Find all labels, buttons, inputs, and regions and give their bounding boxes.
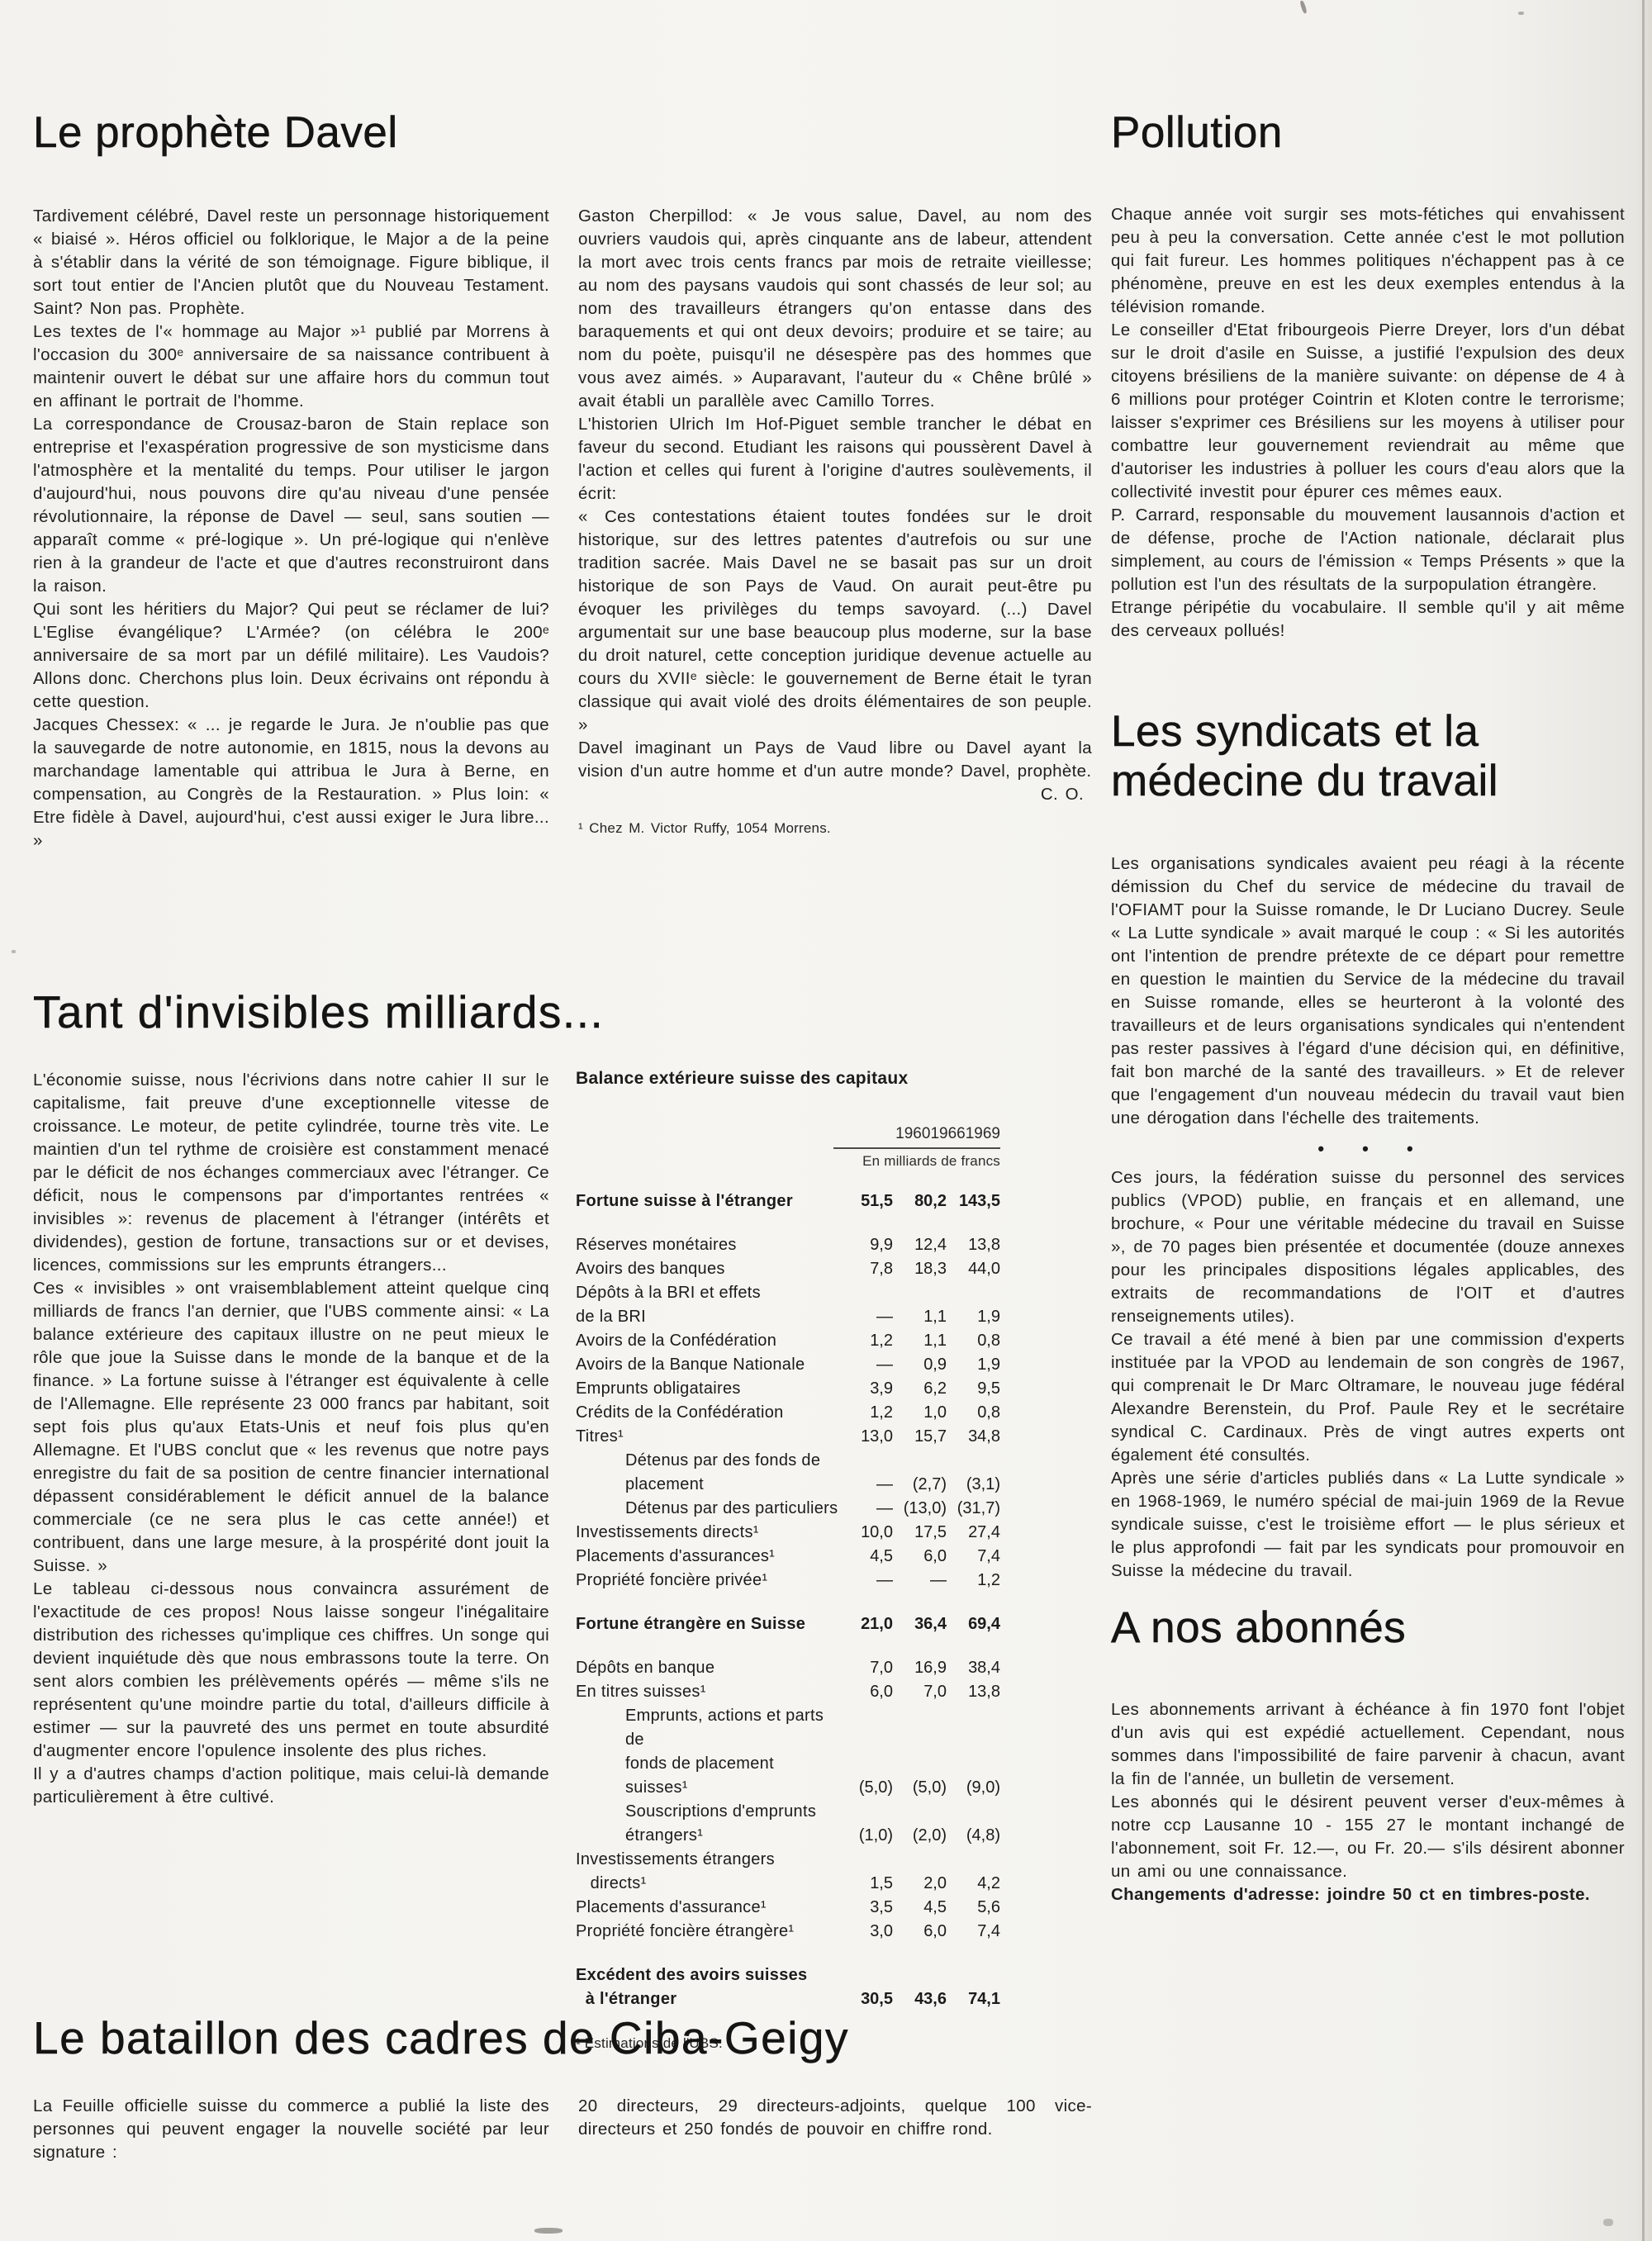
signature: C. O. [578,783,1092,806]
row-value: 2,0 [893,1872,947,1896]
row-value: 5,6 [947,1896,1000,1920]
row-value: 43,6 [893,1987,947,2011]
table-row: Réserves monétaires9,912,413,8 [576,1233,1000,1257]
row-value: 4,5 [893,1896,947,1920]
row-value: (13,0) [893,1497,947,1521]
row-value: — [839,1569,893,1593]
davel-column-2: Gaston Cherpillod: « Je vous salue, Dave… [578,205,1092,838]
row-value: 1,5 [839,1872,893,1896]
pollution-title: Pollution [1111,109,1625,157]
row-value: 74,1 [947,1987,1000,2011]
ciba-column-2: 20 directeurs, 29 directeurs-adjoints, q… [578,2095,1092,2141]
table-row: Détenus par des fonds de placement—(2,7)… [576,1449,1000,1497]
scan-artifact [1603,2219,1613,2226]
paragraph: La Feuille officielle suisse du commerce… [33,2095,549,2164]
row-value: 21,0 [839,1612,893,1636]
row-label: Propriété foncière privée¹ [576,1569,839,1593]
row-value: 16,9 [893,1656,947,1680]
row-value: — [839,1497,893,1521]
row-value: 7,0 [893,1680,947,1704]
row-value: (4,8) [947,1824,1000,1848]
row-value: 10,0 [839,1521,893,1545]
balance-table: Balance extérieure suisse des capitaux 1… [576,1069,1000,2053]
row-value: 4,5 [839,1545,893,1569]
table-row: Titres¹13,015,734,8 [576,1425,1000,1449]
table-row: Fortune étrangère en Suisse21,036,469,4 [576,1612,1000,1636]
paragraph: Ces jours, la fédération suisse du perso… [1111,1166,1625,1328]
row-value: 9,9 [839,1233,893,1257]
scan-artifact-edge-line [1642,0,1645,2241]
row-value: 17,5 [893,1521,947,1545]
paragraph: Ce travail a été mené à bien par une com… [1111,1328,1625,1467]
table-row: Propriété foncière étrangère¹3,06,07,4 [576,1920,1000,1944]
paragraph: Les organisations syndicales avaient peu… [1111,852,1625,1130]
paragraph: Tardivement célébré, Davel reste un pers… [33,205,549,320]
paragraph: Jacques Chessex: « ... je regarde le Jur… [33,714,549,852]
section-separator: • • • [1123,1138,1625,1160]
row-value: 13,8 [947,1680,1000,1704]
row-value: (1,0) [839,1824,893,1848]
row-value: — [839,1473,893,1497]
row-label: Emprunts, actions et parts de fonds de p… [576,1704,839,1800]
scan-artifact [534,2228,563,2234]
row-value: 15,7 [893,1425,947,1449]
row-label: Dépôts en banque [576,1656,839,1680]
scan-artifact [1518,12,1524,15]
row-label: Avoirs de la Confédération [576,1329,839,1353]
table-row: Placements d'assurance¹3,54,55,6 [576,1896,1000,1920]
row-value: 1,2 [839,1329,893,1353]
davel-title: Le prophète Davel [33,109,398,157]
row-label: Fortune suisse à l'étranger [576,1189,839,1213]
row-value: (5,0) [893,1776,947,1800]
syndicats-body-part2: Ces jours, la fédération suisse du perso… [1111,1166,1625,1583]
right-column: Pollution Chaque année voit surgir ses m… [1111,109,1625,1906]
paragraph: Le tableau ci-dessous nous convaincra as… [33,1578,549,1763]
row-value: (2,7) [893,1473,947,1497]
row-value: 1,2 [947,1569,1000,1593]
row-value: 1,0 [893,1401,947,1425]
row-value: 1,1 [893,1305,947,1329]
paragraph: Qui sont les héritiers du Major? Qui peu… [33,598,549,714]
table-row: Excédent des avoirs suisses à l'étranger… [576,1963,1000,2011]
row-label: Avoirs des banques [576,1257,839,1281]
paragraph: Ces « invisibles » ont vraisemblablement… [33,1277,549,1578]
row-label: Détenus par des fonds de placement [576,1449,839,1497]
row-value: 6,0 [893,1920,947,1944]
row-label: Détenus par des particuliers [576,1497,839,1521]
paragraph: Les textes de l'« hommage au Major »¹ pu… [33,320,549,413]
table-row: Crédits de la Confédération1,21,00,8 [576,1401,1000,1425]
table-row: Investissements directs¹10,017,527,4 [576,1521,1000,1545]
paragraph: Les abonnements arrivant à échéance à fi… [1111,1698,1625,1791]
row-value: — [839,1353,893,1377]
row-value: 13,8 [947,1233,1000,1257]
row-value: 0,8 [947,1401,1000,1425]
paragraph: Les abonnés qui le désirent peuvent vers… [1111,1791,1625,1883]
row-label: Emprunts obligataires [576,1377,839,1401]
tant-title: Tant d'invisibles milliards... [33,988,604,1036]
row-value: (3,1) [947,1473,1000,1497]
row-value: 44,0 [947,1257,1000,1281]
table-row: Emprunts obligataires3,96,29,5 [576,1377,1000,1401]
table-row: Emprunts, actions et parts de fonds de p… [576,1704,1000,1800]
paragraph: Gaston Cherpillod: « Je vous salue, Dave… [578,205,1092,413]
table-row: En titres suisses¹6,07,013,8 [576,1680,1000,1704]
paragraph: Il y a d'autres champs d'action politiqu… [33,1763,549,1809]
row-value: 18,3 [893,1257,947,1281]
row-value: 13,0 [839,1425,893,1449]
row-value: 9,5 [947,1377,1000,1401]
table-row: Avoirs de la Confédération1,21,10,8 [576,1329,1000,1353]
year-column: 1960 [895,1125,930,1143]
row-value: (5,0) [839,1776,893,1800]
row-value: 4,2 [947,1872,1000,1896]
paragraph: L'historien Ulrich Im Hof-Piguet semble … [578,413,1092,506]
row-label: Réserves monétaires [576,1233,839,1257]
paragraph: P. Carrard, responsable du mouvement lau… [1111,504,1625,596]
paragraph: 20 directeurs, 29 directeurs-adjoints, q… [578,2095,1092,2141]
table-row: Placements d'assurances¹4,56,07,4 [576,1545,1000,1569]
row-label: Titres¹ [576,1425,839,1449]
row-value: 0,8 [947,1329,1000,1353]
footnote: ¹ Chez M. Victor Ruffy, 1054 Morrens. [578,819,1092,838]
paragraph: Après une série d'articles publiés dans … [1111,1467,1625,1583]
ciba-column-1: La Feuille officielle suisse du commerce… [33,2095,549,2164]
row-value: 1,9 [947,1353,1000,1377]
row-label: Investissements directs¹ [576,1521,839,1545]
row-value: 1,9 [947,1305,1000,1329]
table-row: Investissements étrangers directs¹1,52,0… [576,1848,1000,1896]
row-label: Avoirs de la Banque Nationale [576,1353,839,1377]
row-value: 3,9 [839,1377,893,1401]
row-value: 3,0 [839,1920,893,1944]
page: Le prophète Davel Tardivement célébré, D… [0,0,1652,2241]
syndicats-body-part1: Les organisations syndicales avaient peu… [1111,852,1625,1130]
tant-body: L'économie suisse, nous l'écrivions dans… [33,1069,549,1809]
row-value: (31,7) [947,1497,1000,1521]
balance-table-title: Balance extérieure suisse des capitaux [576,1069,1000,1089]
syndicats-title: Les syndicats et la médecine du travail [1111,707,1625,806]
abonnes-body: Les abonnements arrivant à échéance à fi… [1111,1698,1625,1906]
row-value: 36,4 [893,1612,947,1636]
row-value: 143,5 [947,1189,1000,1213]
row-label: Crédits de la Confédération [576,1401,839,1425]
table-row: Détenus par des particuliers—(13,0)(31,7… [576,1497,1000,1521]
table-row: Souscriptions d'emprunts étrangers¹(1,0)… [576,1800,1000,1848]
row-value: — [893,1569,947,1593]
row-value: 7,4 [947,1545,1000,1569]
row-value: 38,4 [947,1656,1000,1680]
davel-column-1: Tardivement célébré, Davel reste un pers… [33,205,549,852]
balance-table-rule [833,1147,1000,1149]
balance-table-years: 1960 1966 1969 [576,1125,1000,1143]
row-value: 7,0 [839,1656,893,1680]
row-label: Investissements étrangers directs¹ [576,1848,839,1896]
paragraph: Changements d'adresse: joindre 50 ct en … [1111,1883,1625,1906]
balance-table-rows: Fortune suisse à l'étranger51,580,2143,5… [576,1189,1000,2011]
row-value: 27,4 [947,1521,1000,1545]
table-row: Avoirs des banques7,818,344,0 [576,1257,1000,1281]
row-value: 6,0 [893,1545,947,1569]
row-value: (9,0) [947,1776,1000,1800]
scan-artifact [1299,0,1308,14]
row-value: 69,4 [947,1612,1000,1636]
table-row: Dépôts à la BRI et effets de la BRI—1,11… [576,1281,1000,1329]
table-row: Fortune suisse à l'étranger51,580,2143,5 [576,1189,1000,1213]
pollution-body: Chaque année voit surgir ses mots-fétich… [1111,203,1625,643]
year-column: 1966 [930,1125,965,1143]
ciba-title: Le bataillon des cadres de Ciba-Geigy [33,2014,849,2062]
row-value: 6,0 [839,1680,893,1704]
row-label: Placements d'assurances¹ [576,1545,839,1569]
row-value: 0,9 [893,1353,947,1377]
syndicats-title-line2: médecine du travail [1111,757,1625,806]
row-value: 3,5 [839,1896,893,1920]
paragraph: Le conseiller d'Etat fribourgeois Pierre… [1111,319,1625,504]
row-value: 51,5 [839,1189,893,1213]
paragraph: Etrange péripétie du vocabulaire. Il sem… [1111,596,1625,643]
row-value: 1,2 [839,1401,893,1425]
row-value: 7,8 [839,1257,893,1281]
year-column: 1969 [966,1125,1000,1143]
row-value: 6,2 [893,1377,947,1401]
row-value: (2,0) [893,1824,947,1848]
table-row: Avoirs de la Banque Nationale—0,91,9 [576,1353,1000,1377]
row-value: 1,1 [893,1329,947,1353]
row-label: Excédent des avoirs suisses à l'étranger [576,1963,839,2011]
paragraph: « Ces contestations étaient toutes fondé… [578,506,1092,737]
row-label: Souscriptions d'emprunts étrangers¹ [576,1800,839,1848]
row-value: 34,8 [947,1425,1000,1449]
scan-artifact [12,950,16,953]
row-label: Propriété foncière étrangère¹ [576,1920,839,1944]
table-row: Dépôts en banque7,016,938,4 [576,1656,1000,1680]
row-value: 7,4 [947,1920,1000,1944]
paragraph: L'économie suisse, nous l'écrivions dans… [33,1069,549,1277]
row-label: Fortune étrangère en Suisse [576,1612,839,1636]
row-label: Placements d'assurance¹ [576,1896,839,1920]
paragraph: La correspondance de Crousaz-baron de St… [33,413,549,598]
balance-table-unit: En milliards de francs [576,1153,1000,1170]
row-label: Dépôts à la BRI et effets de la BRI [576,1281,839,1329]
row-value: 30,5 [839,1987,893,2011]
abonnes-title: A nos abonnés [1111,1604,1625,1652]
row-label: En titres suisses¹ [576,1680,839,1704]
paragraph: Chaque année voit surgir ses mots-fétich… [1111,203,1625,319]
paragraph: Davel imaginant un Pays de Vaud libre ou… [578,737,1092,783]
table-row: Propriété foncière privée¹——1,2 [576,1569,1000,1593]
syndicats-title-line1: Les syndicats et la [1111,707,1625,757]
row-value: 80,2 [893,1189,947,1213]
row-value: — [839,1305,893,1329]
row-value: 12,4 [893,1233,947,1257]
